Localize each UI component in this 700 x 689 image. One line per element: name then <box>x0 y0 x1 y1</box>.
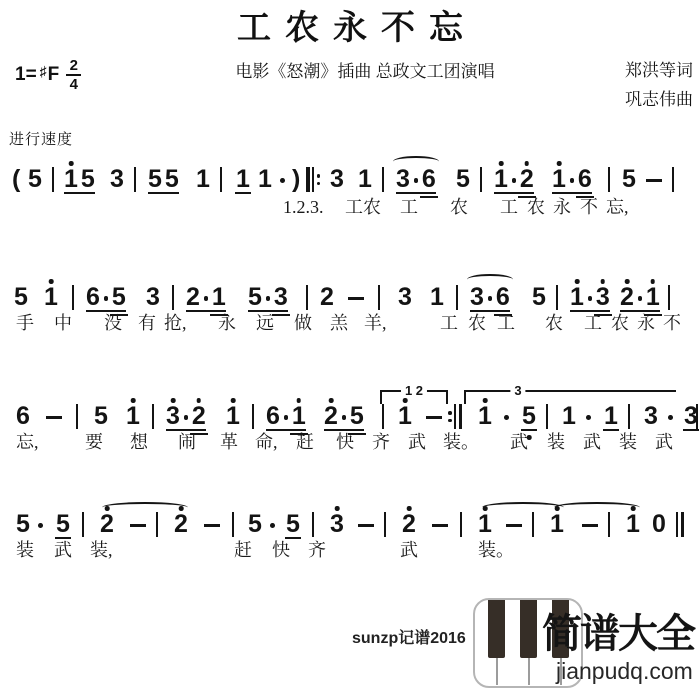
duration-dash <box>46 416 62 419</box>
beam-line <box>148 192 179 194</box>
lyric-syllable: 装。 <box>443 432 479 453</box>
dot-slot <box>487 287 493 308</box>
beam-line <box>248 310 288 312</box>
note: 1 <box>550 514 564 535</box>
beam-line <box>324 429 364 431</box>
octave-dot-high <box>601 279 606 284</box>
octave-dot-high <box>329 398 334 403</box>
lyric-syllable: 装 <box>619 432 637 453</box>
dot <box>317 174 321 178</box>
dot-slot <box>511 169 517 190</box>
octave-dot-high <box>499 161 504 166</box>
note: 2 <box>620 287 634 308</box>
note: 5 <box>112 287 126 308</box>
eighth-underline <box>55 537 71 539</box>
note: 1 <box>64 169 78 190</box>
lyric-syllable: 羔 <box>330 313 348 334</box>
note: 5 <box>532 287 546 308</box>
lyric-syllable: 武 <box>510 432 528 453</box>
note: 2 <box>186 287 200 308</box>
lyric-syllable: 农 <box>363 197 381 218</box>
beam-group: 36 <box>396 169 436 190</box>
lyric-syllable: 命, <box>255 432 278 453</box>
octave-dot-high <box>575 279 580 284</box>
lyric-syllable: 赶 <box>296 432 314 453</box>
note: 1 <box>626 514 640 535</box>
lyric-syllable: 装 <box>16 540 34 561</box>
octave-dot-high <box>297 398 302 403</box>
barline <box>306 285 308 310</box>
slur-arc <box>467 274 513 285</box>
beam-line <box>552 192 592 194</box>
lyric-syllable: 快 <box>272 540 290 561</box>
barline <box>252 404 254 429</box>
barline <box>72 285 74 310</box>
note: 3 <box>330 514 344 535</box>
duration-dash <box>426 416 442 419</box>
final-barline <box>676 512 684 537</box>
barline <box>608 512 610 537</box>
lyric-syllable: 忘, <box>16 432 39 453</box>
beam-group: 13 <box>570 287 610 308</box>
barline <box>480 167 482 192</box>
lyric-syllable: 羊, <box>364 313 387 334</box>
sheet-music-page: 工农永不忘 1=♯F 2 4 电影《怒潮》插曲 总政文工团演唱 郑洪等词 巩志伟… <box>0 0 700 689</box>
tempo-marking: 进行速度 <box>9 131 73 149</box>
notation-line-2: 5165321532313651321手中没有抢,永远做羔羊,工农工农工农永不 <box>0 287 700 347</box>
lyric-syllable: 武 <box>583 432 601 453</box>
augmentation-dot <box>668 415 673 420</box>
lyric-syllable: 装 <box>547 432 565 453</box>
lyric-syllable: 工 <box>400 197 418 218</box>
octave-dot-high <box>557 161 562 166</box>
note: 6 <box>86 287 100 308</box>
thick-bar <box>459 404 463 429</box>
note: 5 <box>28 169 42 190</box>
beam-line <box>570 310 610 312</box>
duration-dash <box>204 524 220 527</box>
volta-bracket: 1 2 <box>380 390 448 404</box>
lyric-syllable: 赶 <box>234 540 252 561</box>
note: 2 <box>174 514 188 535</box>
lyric-syllable: 武 <box>400 540 418 561</box>
piano-black-key <box>488 600 505 658</box>
duration-dash <box>646 179 662 182</box>
lyric-syllable: 闹 <box>178 432 196 453</box>
note: 6 <box>578 169 592 190</box>
beam-group: 25 <box>324 406 364 427</box>
dot-slot <box>569 169 575 190</box>
piano-black-key <box>520 600 537 658</box>
note: 1 <box>646 287 660 308</box>
eighth-underline <box>235 192 251 194</box>
note: 1 <box>494 169 508 190</box>
augmentation-dot <box>204 296 209 301</box>
piano-key-divider <box>496 658 498 685</box>
repeat-dots <box>448 404 452 429</box>
dot-slot <box>203 287 209 308</box>
dot-slot <box>183 406 189 427</box>
song-title: 工农永不忘 <box>0 5 700 51</box>
lyric-syllable: 中 <box>54 313 72 334</box>
note: 1 <box>478 406 492 427</box>
note: 1 <box>430 287 444 308</box>
note: 5 <box>148 169 162 190</box>
beam-group: 32 <box>166 406 206 427</box>
barline <box>82 512 84 537</box>
piano-key-divider <box>528 658 530 685</box>
dot-slot <box>341 406 347 427</box>
note: 1 <box>196 169 210 190</box>
augmentation-dot <box>284 415 289 420</box>
note: 6 <box>422 169 436 190</box>
note: 1 <box>258 169 272 190</box>
site-logo-url[interactable]: jianpudq.com <box>556 658 693 684</box>
octave-dot-high <box>625 279 630 284</box>
song-subtitle: 电影《怒潮》插曲 总政文工团演唱 <box>30 62 700 82</box>
lyric-syllable: 武 <box>408 432 426 453</box>
duration-dash <box>358 524 374 527</box>
augmentation-dot <box>638 296 643 301</box>
duration-dash <box>130 524 146 527</box>
note: 1 <box>212 287 226 308</box>
note: 5 <box>81 169 95 190</box>
augmentation-dot <box>270 523 275 528</box>
barline <box>628 404 630 429</box>
barline <box>156 512 158 537</box>
augmentation-dot <box>266 296 271 301</box>
repeat-end-sign <box>448 404 462 429</box>
tie-arc <box>482 502 564 513</box>
sixteenth-underline <box>272 314 290 316</box>
octave-dot-high <box>131 398 136 403</box>
beam-line <box>186 310 226 312</box>
note: 1 <box>398 406 412 427</box>
note: 6 <box>266 406 280 427</box>
barline <box>76 404 78 429</box>
lyric-syllable: 工 <box>345 197 363 218</box>
note: 5 <box>94 406 108 427</box>
beam-line <box>620 310 660 312</box>
volta-bracket: 3 <box>464 390 676 404</box>
note: 1 <box>292 406 306 427</box>
beam-group: 53 <box>248 287 288 308</box>
beam-line <box>470 310 510 312</box>
note: 0 <box>652 514 666 535</box>
barline <box>556 285 558 310</box>
lyric-syllable: 快 <box>336 432 354 453</box>
volta-label: 3 <box>510 384 525 398</box>
beam-line <box>266 429 306 431</box>
duration-dash <box>432 524 448 527</box>
augmentation-dot <box>414 178 419 183</box>
note: 1 <box>126 406 140 427</box>
barline <box>382 404 384 429</box>
note: 5 <box>456 169 470 190</box>
barline <box>546 404 548 429</box>
note: 3 <box>596 287 610 308</box>
lyric-syllable: 农 <box>450 197 468 218</box>
barline <box>152 404 154 429</box>
note: 5 <box>56 514 70 535</box>
augmentation-dot <box>342 415 347 420</box>
barline <box>384 512 386 537</box>
lyricist-credit: 郑洪等词 <box>625 61 693 80</box>
lyric-syllable: 1.2.3. <box>283 197 324 218</box>
lyric-syllable: 要 <box>85 432 103 453</box>
note: 3 <box>398 287 412 308</box>
augmentation-dot <box>586 415 591 420</box>
lyric-syllable: 农 <box>468 313 486 334</box>
octave-dot-high <box>69 161 74 166</box>
augmentation-dot <box>570 178 575 183</box>
lyric-syllable: 做 <box>294 313 312 334</box>
note: 1 <box>570 287 584 308</box>
composer-credit: 巩志伟曲 <box>625 90 693 109</box>
augmentation-dot <box>280 178 285 183</box>
lyric-syllable: 农 <box>545 313 563 334</box>
beam-group: 65 <box>86 287 126 308</box>
lyric-syllable: 武 <box>655 432 673 453</box>
lyric-syllable: 永 <box>218 313 236 334</box>
note: 1 <box>604 406 618 427</box>
lyric-syllable: 永 <box>553 197 571 218</box>
augmentation-dot <box>184 415 189 420</box>
lyric-syllable: 装。 <box>478 540 514 561</box>
dot <box>317 182 321 186</box>
dot-slot <box>265 287 271 308</box>
lyric-syllable: 抢, <box>164 313 187 334</box>
barline <box>232 512 234 537</box>
barline <box>456 285 458 310</box>
note: 1 <box>44 287 58 308</box>
lyric-syllable: 想 <box>130 432 148 453</box>
note: 3 <box>274 287 288 308</box>
augmentation-dot <box>104 296 109 301</box>
lyric-syllable: 工 <box>500 197 518 218</box>
slur-arc <box>393 156 439 167</box>
duration-dash <box>582 524 598 527</box>
lyric-syllable: 齐 <box>308 540 326 561</box>
augmentation-dot <box>588 296 593 301</box>
thin-bar <box>312 167 314 192</box>
lyric-syllable: 革 <box>220 432 238 453</box>
note: 5 <box>622 169 636 190</box>
lyric-syllable: 没 <box>104 313 122 334</box>
eighth-underline <box>521 429 537 431</box>
note: 2 <box>100 514 114 535</box>
note: 2 <box>520 169 534 190</box>
augmentation-dot <box>488 296 493 301</box>
eighth-underline <box>683 429 699 431</box>
lyric-syllable: 工 <box>584 313 602 334</box>
octave-dot-high <box>335 506 340 511</box>
barline <box>312 512 314 537</box>
barline <box>608 167 610 192</box>
parenthesis: ( <box>12 169 20 190</box>
octave-dot-high <box>231 398 236 403</box>
note: 5 <box>14 287 28 308</box>
lyric-syllable: 忘, <box>606 197 629 218</box>
thin-bar <box>676 512 678 537</box>
note: 5 <box>286 514 300 535</box>
note: 5 <box>350 406 364 427</box>
note: 3 <box>396 169 410 190</box>
dot <box>448 419 452 423</box>
dot-slot <box>637 287 643 308</box>
barline <box>382 167 384 192</box>
note: 6 <box>16 406 30 427</box>
thick-bar <box>306 167 310 192</box>
dot <box>448 411 452 415</box>
barline <box>532 512 534 537</box>
eighth-underline <box>285 537 301 539</box>
note: 3 <box>110 169 124 190</box>
augmentation-dot <box>504 415 509 420</box>
beam-group: 21 <box>186 287 226 308</box>
dot-slot <box>283 406 289 427</box>
lyric-syllable: 农 <box>611 313 629 334</box>
repeat-dots <box>317 167 321 192</box>
lyric-syllable: 不 <box>663 313 681 334</box>
note: 1 <box>552 169 566 190</box>
lyric-syllable: 武 <box>54 540 72 561</box>
augmentation-dot <box>512 178 517 183</box>
octave-dot-high <box>525 161 530 166</box>
note: 3 <box>330 169 344 190</box>
octave-dot-high <box>407 506 412 511</box>
lyric-syllable: 永 <box>637 313 655 334</box>
notation-line-4: 552255321110装武装,赶快齐武装。 <box>0 514 700 574</box>
note: 3 <box>644 406 658 427</box>
beam-line <box>86 310 126 312</box>
note: 2 <box>192 406 206 427</box>
dot-slot <box>103 287 109 308</box>
lyric-syllable: 农 <box>527 197 545 218</box>
lyric-syllable: 不 <box>580 197 598 218</box>
barline <box>134 167 136 192</box>
beam-group: 15 <box>64 169 95 190</box>
tie-arc <box>554 502 640 513</box>
note: 5 <box>165 169 179 190</box>
eighth-underline <box>603 429 619 431</box>
thick-bar <box>681 512 685 537</box>
volta-label: 1 2 <box>401 384 427 398</box>
lyric-syllable: 有 <box>138 313 156 334</box>
transcriber-note: sunzp记谱2016 <box>352 629 466 648</box>
note: 2 <box>402 514 416 535</box>
barline <box>172 285 174 310</box>
lyric-syllable: 齐 <box>372 432 390 453</box>
note: 1 <box>236 169 250 190</box>
note: 3 <box>166 406 180 427</box>
lyric-syllable: 工 <box>440 313 458 334</box>
note: 5 <box>522 406 536 427</box>
note: 5 <box>16 514 30 535</box>
note: 1 <box>358 169 372 190</box>
barline <box>668 285 670 310</box>
site-logo-text[interactable]: 简谱大全 <box>542 612 694 656</box>
note: 5 <box>248 514 262 535</box>
beam-line <box>494 192 534 194</box>
lyric-syllable: 装, <box>90 540 113 561</box>
sixteenth-underline <box>420 196 438 198</box>
note: 6 <box>496 287 510 308</box>
lyric-syllable: 手 <box>16 313 34 334</box>
beam-group: 55 <box>148 169 179 190</box>
tie-arc <box>102 502 188 513</box>
barline <box>52 167 54 192</box>
barline <box>378 285 380 310</box>
beam-line <box>396 192 436 194</box>
barline <box>220 167 222 192</box>
note: 3 <box>146 287 160 308</box>
barline <box>460 512 462 537</box>
duration-dash <box>348 297 364 300</box>
beam-group: 12 <box>494 169 534 190</box>
parenthesis: ) <box>292 169 300 190</box>
beam-group: 16 <box>552 169 592 190</box>
dot-slot <box>413 169 419 190</box>
note: 2 <box>324 406 338 427</box>
note: 3 <box>470 287 484 308</box>
lyric-syllable: 远 <box>256 313 274 334</box>
octave-dot-high <box>197 398 202 403</box>
note: 1 <box>562 406 576 427</box>
octave-dot-high <box>49 279 54 284</box>
note: 5 <box>248 287 262 308</box>
dot-slot <box>587 287 593 308</box>
augmentation-dot <box>38 523 43 528</box>
beam-group: 36 <box>470 287 510 308</box>
notation-line-1: (515355111)31365121651.2.3.工农工农工农永不忘, <box>0 169 700 229</box>
octave-dot-high <box>651 279 656 284</box>
thin-bar <box>454 404 456 429</box>
beam-group: 61 <box>266 406 306 427</box>
note: 1 <box>226 406 240 427</box>
repeat-begin-sign <box>306 167 320 192</box>
duration-dash <box>506 524 522 527</box>
octave-dot-high <box>171 398 176 403</box>
note: 1 <box>478 514 492 535</box>
barline <box>672 167 674 192</box>
notation-line-3: 651321612511511331 23忘,要想闹革命,赶快齐武装。武装武装武 <box>0 406 700 466</box>
beam-line <box>166 429 206 431</box>
lyric-syllable: 工 <box>497 313 515 334</box>
beam-group: 21 <box>620 287 660 308</box>
note: 2 <box>320 287 334 308</box>
barline <box>696 404 698 429</box>
beam-line <box>64 192 95 194</box>
